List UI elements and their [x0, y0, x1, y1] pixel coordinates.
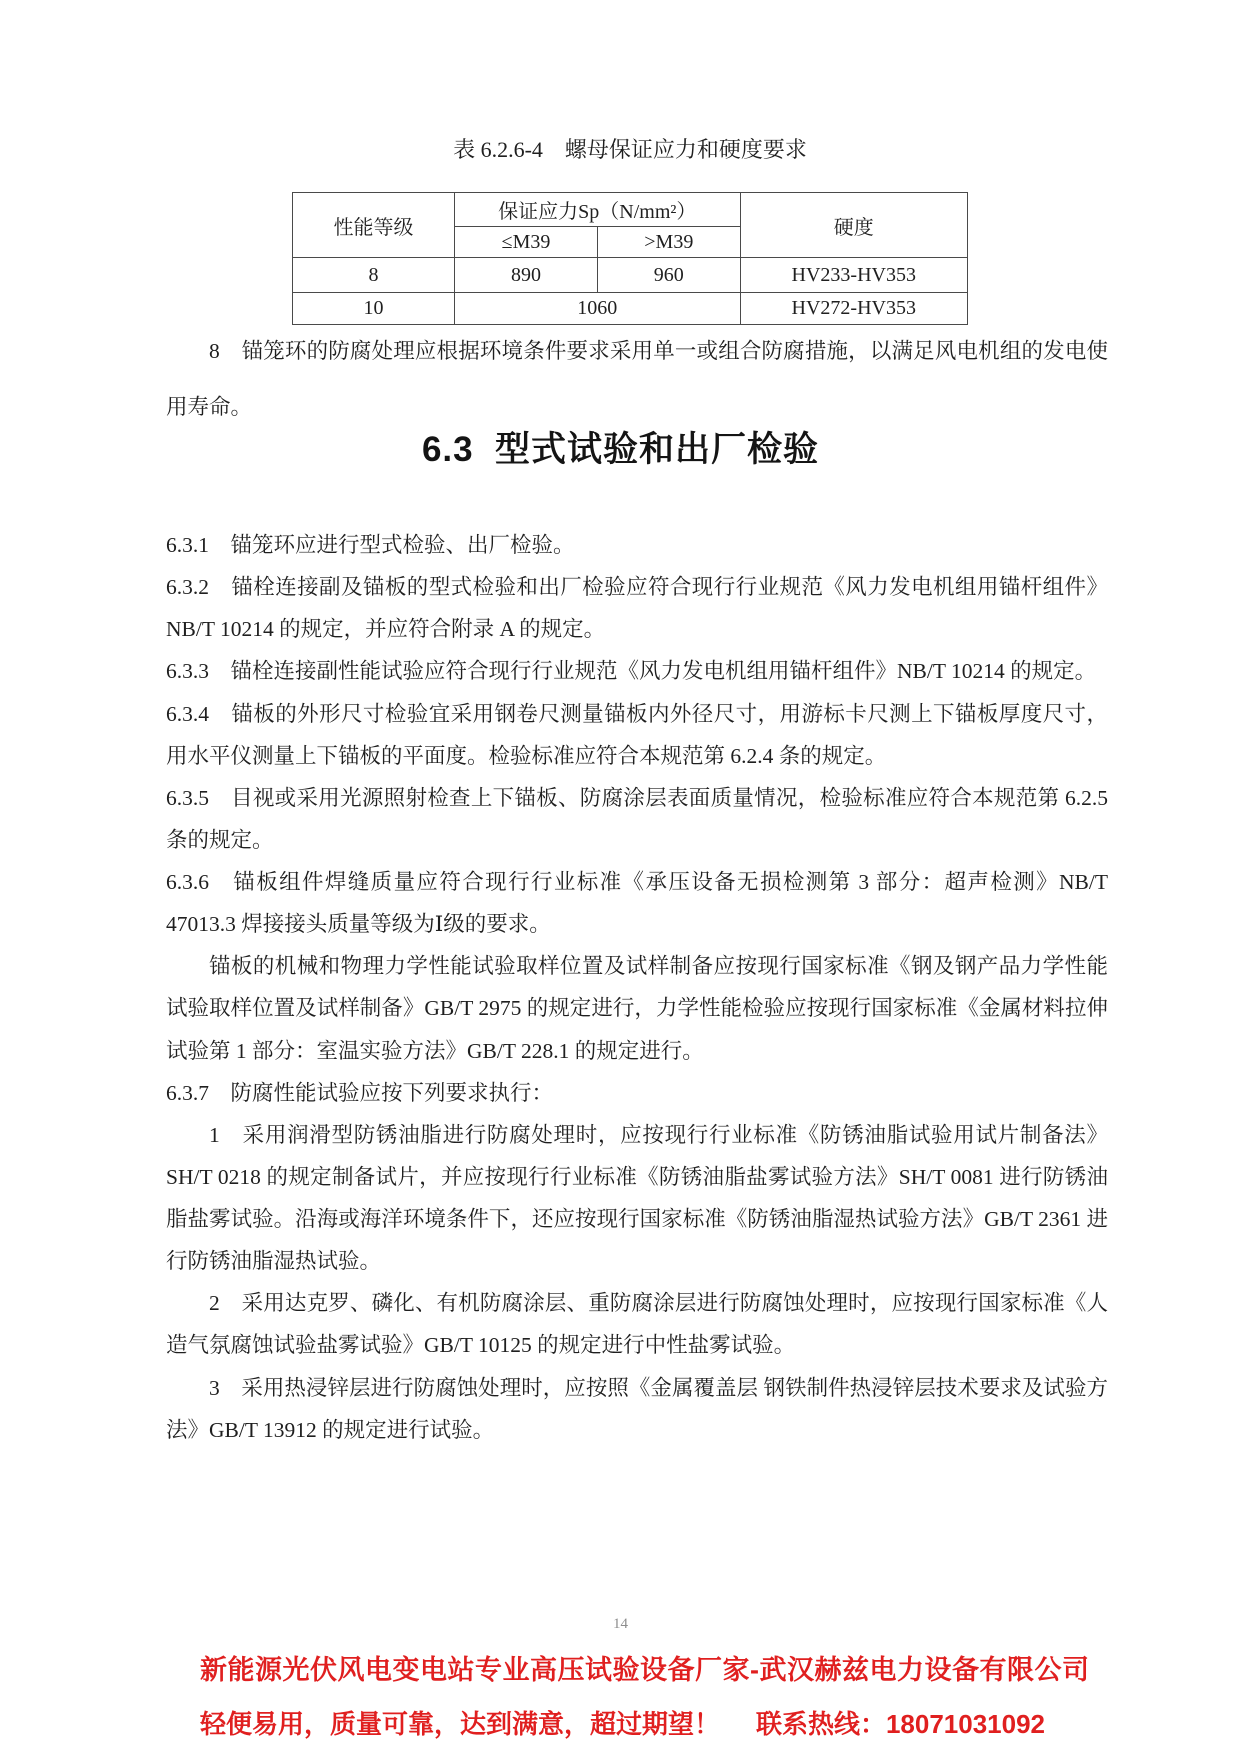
clause-list: 6.3.1 锚笼环应进行型式检验、出厂检验。6.3.2 锚栓连接副及锚板的型式检…: [166, 524, 1108, 1451]
table-row: 8890960HV233-HV353: [293, 258, 968, 293]
clause-paragraph: 6.3.5 目视或采用光源照射检查上下锚板、防腐涂层表面质量情况，检验标准应符合…: [166, 777, 1108, 861]
table-cell: HV272-HV353: [740, 293, 967, 325]
col-header-stress-group: 保证应力Sp（N/mm²）: [455, 193, 741, 227]
table-cell: 1060: [455, 293, 741, 325]
clause-paragraph: 6.3.7 防腐性能试验应按下列要求执行：: [166, 1072, 1108, 1114]
clause-paragraph: 锚板的机械和物理力学性能试验取样位置及试样制备应按现行国家标准《钢及钢产品力学性…: [166, 945, 1108, 1071]
col-header-gt-m39: >M39: [598, 227, 740, 258]
clause-paragraph: 1 采用润滑型防锈油脂进行防腐处理时，应按现行行业标准《防锈油脂试验用试片制备法…: [166, 1114, 1108, 1283]
table-header-row: 性能等级 保证应力Sp（N/mm²） 硬度: [293, 193, 968, 227]
footer-company-line: 新能源光伏风电变电站专业高压试验设备厂家-武汉赫兹电力设备有限公司: [200, 1648, 1045, 1687]
table-cell: HV233-HV353: [740, 258, 967, 293]
table-row: 101060HV272-HV353: [293, 293, 968, 325]
spec-table-body: 8890960HV233-HV353101060HV272-HV353: [293, 258, 968, 325]
col-header-le-m39: ≤M39: [455, 227, 598, 258]
section-heading: 6.3 型式试验和出厂检验: [0, 422, 1241, 472]
footer-slogan-line: 轻便易用，质量可靠，达到满意，超过期望！ 联系热线：18071031092: [200, 1704, 1045, 1741]
footer-hotline: 联系热线：18071031092: [756, 1704, 1045, 1741]
col-header-grade: 性能等级: [293, 193, 455, 258]
clause-paragraph: 2 采用达克罗、磷化、有机防腐涂层、重防腐涂层进行防腐蚀处理时，应按现行国家标准…: [166, 1282, 1108, 1366]
col-header-hardness: 硬度: [740, 193, 967, 258]
document-page: 表 6.2.6-4 螺母保证应力和硬度要求 性能等级 保证应力Sp（N/mm²）…: [0, 0, 1241, 1754]
table-block: 表 6.2.6-4 螺母保证应力和硬度要求 性能等级 保证应力Sp（N/mm²）…: [292, 136, 968, 325]
table-cell: 890: [455, 258, 598, 293]
clause-paragraph: 6.3.6 锚板组件焊缝质量应符合现行行业标准《承压设备无损检测第 3 部分：超…: [166, 861, 1108, 945]
note-paragraph: 8 锚笼环的防腐处理应根据环境条件要求采用单一或组合防腐措施，以满足风电机组的发…: [166, 324, 1108, 436]
footer-banner: 新能源光伏风电变电站专业高压试验设备厂家-武汉赫兹电力设备有限公司 轻便易用，质…: [200, 1648, 1045, 1741]
table-cell: 960: [598, 258, 740, 293]
table-cell: 8: [293, 258, 455, 293]
spec-table: 性能等级 保证应力Sp（N/mm²） 硬度 ≤M39 >M39 8890960H…: [292, 192, 968, 325]
page-number: 14: [0, 1616, 1241, 1633]
table-title: 表 6.2.6-4 螺母保证应力和硬度要求: [292, 136, 968, 164]
clause-paragraph: 6.3.3 锚栓连接副性能试验应符合现行行业规范《风力发电机组用锚杆组件》NB/…: [166, 650, 1108, 692]
clause-paragraph: 3 采用热浸锌层进行防腐蚀处理时，应按照《金属覆盖层 钢铁制件热浸锌层技术要求及…: [166, 1367, 1108, 1451]
clause-paragraph: 6.3.4 锚板的外形尺寸检验宜采用钢卷尺测量锚板内外径尺寸，用游标卡尺测上下锚…: [166, 693, 1108, 777]
table-cell: 10: [293, 293, 455, 325]
clause-paragraph: 6.3.1 锚笼环应进行型式检验、出厂检验。: [166, 524, 1108, 566]
footer-slogan: 轻便易用，质量可靠，达到满意，超过期望！: [200, 1704, 720, 1741]
clause-paragraph: 6.3.2 锚栓连接副及锚板的型式检验和出厂检验应符合现行行业规范《风力发电机组…: [166, 566, 1108, 650]
